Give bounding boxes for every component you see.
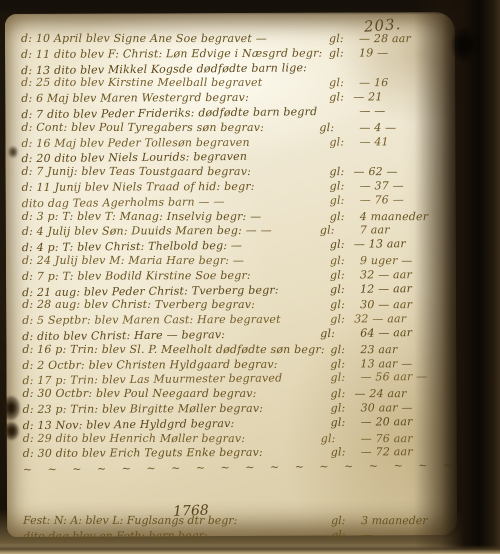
- entry-text: d: 13 dito blev Mikkel Kogsde dødfødte b…: [21, 61, 329, 77]
- entry-age-label: gl:: [330, 343, 360, 356]
- register-page: 203. d: 10 April blev Signe Ane Soe begr…: [5, 12, 457, 537]
- entry-age-label: gl:: [330, 268, 360, 281]
- entry-age-label: gl:: [331, 401, 361, 414]
- entry-text: d: 16 p: Trin: blev Sl. P. Meelholt dødf…: [22, 343, 330, 356]
- entry-age: — 21: [353, 90, 431, 103]
- entry-age: 7 aar: [360, 223, 438, 236]
- entry-text: d: 16 Maj blev Peder Tollesøn begraven: [21, 135, 329, 149]
- ink-blot: [2, 396, 20, 420]
- entry-age-label: gl:: [329, 46, 359, 59]
- entry-text: d: 5 Septbr: blev Maren Cast: Hare begra…: [22, 313, 330, 327]
- entry-text: d: 11 dito blev F: Christ: Løn Edvige i …: [21, 46, 329, 60]
- entry-text: d: 24 Julij blev M: Maria Hare begr: —: [22, 254, 330, 267]
- entry-age: — 76 —: [360, 193, 438, 207]
- entry-age: — 37 —: [360, 179, 438, 192]
- entry-age: — 41: [359, 135, 437, 148]
- entry-age: — 16: [359, 77, 437, 90]
- entry-age-label: gl:: [330, 210, 360, 223]
- ditto-separator-row: ~ ~ ~ ~ ~ ~ ~ ~ ~ ~ ~ ~ ~ ~ ~ ~ ~ ~ ~ ~ …: [23, 459, 439, 478]
- entry-age-label: gl:: [329, 76, 359, 89]
- entry-age-label: gl:: [330, 282, 360, 295]
- entry-age-label: gl:: [320, 327, 350, 340]
- entry-age: — 56 aar —: [360, 370, 438, 384]
- entry-text: d: 13 Nov: blev Ane Hyldgrd begrav:: [23, 416, 331, 432]
- entry-text: d: 23 p: Trin: blev Birgitte Møller begr…: [23, 401, 331, 415]
- entry-text: dito dag Teas Agerholms barn — —: [22, 194, 330, 210]
- entry-text: d: 3 p: T: blev T: Manag: Inselvig begr:…: [22, 209, 330, 222]
- entry-age-label: gl:: [329, 32, 359, 45]
- register-entry: d: 13 Nov: blev Ane Hyldgrd begrav:gl:— …: [23, 415, 439, 434]
- entry-age: 13 aar —: [360, 357, 438, 370]
- register-entry: d: 30 Octbr: blev Poul Neegaard begrav:g…: [23, 387, 439, 402]
- entry-age: — 24 aar: [355, 387, 433, 400]
- entry-age: 32 — aar: [360, 268, 438, 281]
- entry-text: d: 10 April blev Signe Ane Soe begravet …: [21, 32, 329, 45]
- entry-text: d: 17 p: Trin: blev Las Muurmester begra…: [22, 371, 330, 387]
- entry-age-label: gl:: [331, 528, 361, 541]
- entry-age: 12 — aar: [360, 281, 438, 295]
- register-entry: d: 3 p: T: blev T: Manag: Inselvig begr:…: [22, 209, 438, 224]
- entry-age-label: gl:: [330, 254, 360, 267]
- entry-text: d: Cont: blev Poul Tyregabers søn begrav…: [21, 121, 329, 134]
- entry-text: Fest: N: A: blev L: Fuglsangs dtr begr:: [23, 514, 331, 527]
- register-entry: Fest: N: A: blev L: Fuglsangs dtr begr:g…: [23, 514, 439, 529]
- entry-age-label: gl:: [330, 357, 360, 370]
- entry-age-label: gl:: [330, 179, 360, 192]
- register-entry: d: Cont: blev Poul Tyregabers søn begrav…: [21, 121, 437, 136]
- entry-age: — 28 aar: [359, 32, 437, 45]
- entry-text: d: 11 Junij blev Niels Traad of hid: beg…: [22, 180, 330, 194]
- entry-age: [359, 69, 437, 70]
- ink-blot: [4, 422, 19, 440]
- entry-text: dito dag blev en Foth: barn begr:: [23, 529, 331, 543]
- entry-age: 23 aar: [360, 343, 438, 356]
- manuscript-photo: 203. d: 10 April blev Signe Ane Soe begr…: [0, 0, 500, 554]
- entry-age: [360, 158, 438, 159]
- register-entry: d: 7 Junij: blev Teas Toustgaard begrav:…: [22, 165, 438, 180]
- entry-age-label: gl:: [319, 121, 349, 134]
- entry-text: d: 7 Junij: blev Teas Toustgaard begrav:: [22, 165, 330, 178]
- entry-age: — —: [359, 104, 437, 118]
- register-entry: dito dag Teas Agerholms barn — —gl:— 76 …: [22, 193, 438, 212]
- register-entry: d: 16 p: Trin: blev Sl. P. Meelholt dødf…: [22, 343, 438, 358]
- register-entry: dito dag blev en Foth: barn begr:gl:—: [23, 528, 439, 545]
- entry-text: d: 28 aug: blev Christ: Tverberg begrav:: [22, 298, 330, 311]
- entry-age: 64 — aar: [360, 326, 438, 340]
- entry-age: 19 —: [359, 46, 437, 59]
- register-entry: d: 10 April blev Signe Ane Soe begravet …: [21, 32, 437, 47]
- entry-age-label: gl:: [330, 371, 360, 384]
- register-entry: d: 24 Julij blev M: Maria Hare begr: —gl…: [22, 254, 438, 269]
- entry-age-label: gl:: [331, 415, 361, 428]
- binding-knot: [452, 28, 478, 62]
- entry-age-label: gl:: [321, 432, 351, 445]
- entry-age-label: gl:: [331, 446, 361, 459]
- entry-age: — 62 —: [354, 165, 432, 178]
- entry-age: — 13 aar: [354, 237, 432, 251]
- entry-text: d: 30 Octbr: blev Poul Neegaard begrav:: [23, 387, 331, 400]
- entry-text: d: dito blev Christ: Hare — begrav:: [22, 327, 330, 343]
- entry-age-label: gl:: [330, 193, 360, 206]
- register-entry: d: 25 dito blev Kirstine Meelball begrav…: [21, 76, 437, 91]
- register-entry: d: 28 aug: blev Christ: Tverberg begrav:…: [22, 298, 438, 313]
- entry-age-label: gl:: [330, 298, 360, 311]
- entry-age: 4 maaneder: [360, 210, 438, 223]
- entry-age: 30 aar —: [361, 401, 439, 414]
- entry-age: — 4 —: [359, 121, 437, 134]
- entry-text: d: 7 p: T: blev Bodild Kirstine Soe begr…: [22, 268, 330, 282]
- entry-age: 3 maaneder: [361, 514, 439, 527]
- entry-age-label: gl:: [320, 224, 350, 237]
- entry-age: — 76 aar: [361, 432, 439, 445]
- entry-text: d: 20 dito blev Niels Lourids: begraven: [21, 149, 329, 165]
- entry-age: 32 — aar: [354, 312, 432, 325]
- ink-blot: [8, 146, 18, 158]
- entry-text: d: 7 dito blev Peder Frideriks: dødfødte…: [21, 105, 329, 121]
- entry-text: d: 4 Julij blev Søn: Duuids Maren beg: —…: [22, 224, 330, 238]
- entry-age: 9 uger —: [360, 254, 438, 267]
- entry-age: — 72 aar: [361, 445, 439, 458]
- entry-text: d: 25 dito blev Kirstine Meelball begrav…: [21, 76, 329, 89]
- entry-text: d: 29 dito blev Henrich Møller begrav:: [23, 431, 331, 444]
- register-footer: 1768 Fest: N: A: blev L: Fuglsangs dtr b…: [23, 498, 439, 545]
- entry-text: d: 30 dito blev Erich Teguts Enke begrav…: [23, 446, 331, 460]
- entry-text: d: 2 Octbr: blev Christen Hyldgaard begr…: [22, 357, 330, 371]
- entry-age: 30 — aar: [360, 298, 438, 311]
- entry-age: — 20 aar: [361, 415, 439, 429]
- entry-age-label: gl:: [331, 514, 361, 527]
- footer-entries: Fest: N: A: blev L: Fuglsangs dtr begr:g…: [23, 513, 439, 545]
- entry-age: —: [361, 528, 439, 541]
- entry-text: d: 4 p: T: blev Christ: Thelbold beg: —: [22, 238, 330, 254]
- burial-register-entries: d: 10 April blev Signe Ane Soe begravet …: [21, 31, 439, 477]
- book-edge-bottom: [0, 545, 500, 554]
- register-entry: d: 29 dito blev Henrich Møller begrav:gl…: [23, 431, 439, 446]
- entry-text: d: 21 aug: blev Peder Christ: Tverberg b…: [22, 283, 330, 299]
- entry-age-label: gl:: [329, 135, 359, 148]
- entry-text: d: 6 Maj blev Maren Westergrd begrav:: [21, 91, 329, 105]
